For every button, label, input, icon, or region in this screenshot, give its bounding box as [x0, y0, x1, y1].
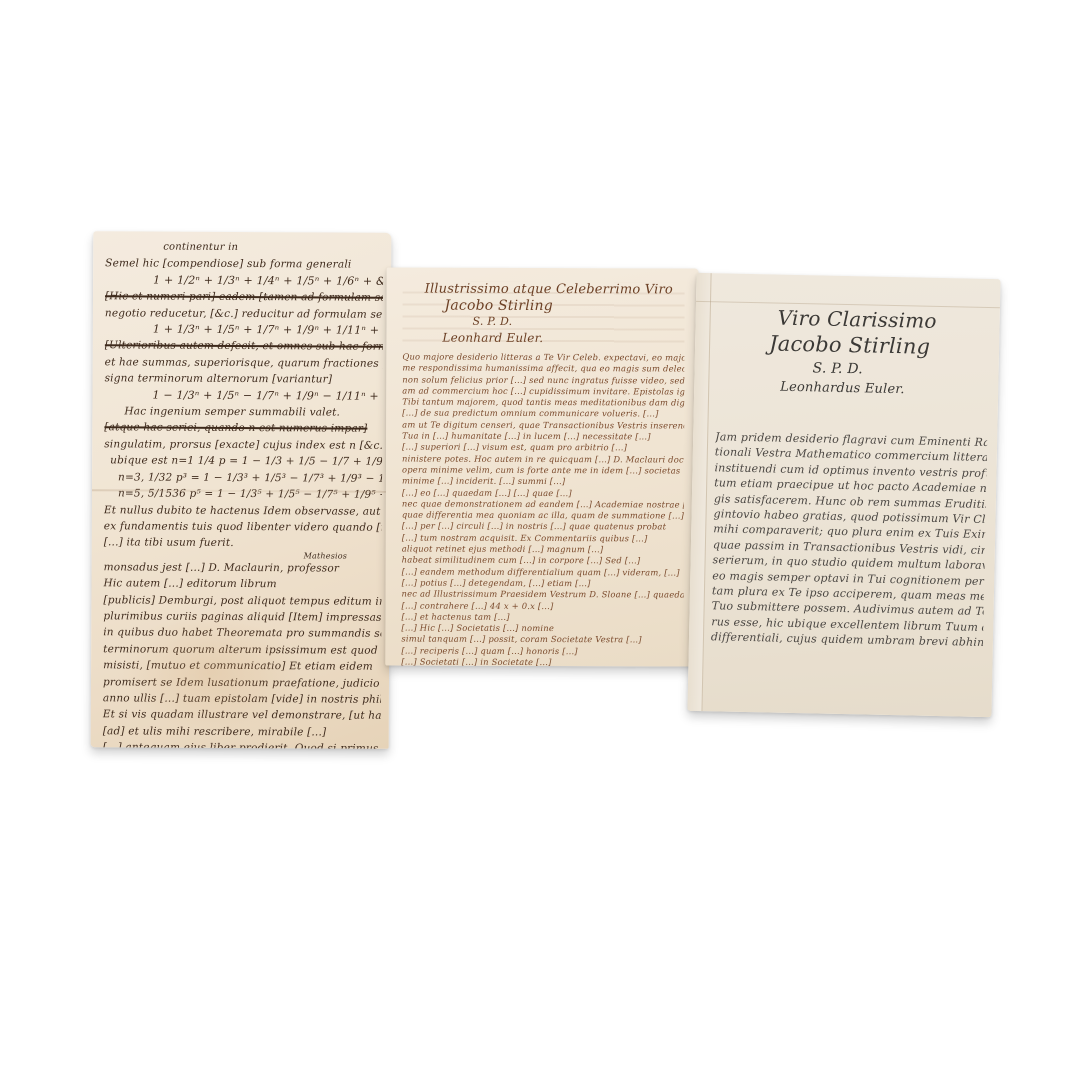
manuscript-line: [...] et hactenus tam [...] [401, 611, 683, 623]
manuscript-line: [atque hac seriei, quando n est numerus … [104, 420, 382, 438]
manuscript-line: quae differentia mea quoniam ac illa, qu… [402, 510, 684, 522]
manuscript-line: aliquot retinet ejus methodi [...] magnu… [402, 544, 684, 556]
manuscript-line: [Hic et numeri pari] eadem [tamen ad for… [105, 289, 383, 307]
manuscript-line: [...] antequam ejus liber prodierit. Quo… [103, 739, 381, 748]
manuscript-line: ninistere potes. Hoc autem in re quicqua… [402, 453, 684, 465]
manuscript-line: [...] potius [...] detegendam, [...] eti… [402, 577, 684, 589]
manuscript-line: habeat similitudinem cum [...] in corpor… [402, 555, 684, 567]
manuscript-line: [...] eo [...] quaedam [...] [...] quae … [402, 487, 684, 499]
manuscript-line: [...] Societati [...] in Societate [...] [401, 657, 683, 667]
manuscript-line: Et nullus dubito te hactenus Idem observ… [104, 502, 382, 520]
letter-fair-sheet: Viro Clarissimo Jacobo Stirling S. P. D.… [687, 273, 1000, 717]
manuscript-line: Hic autem [...] editorum librum [103, 575, 381, 593]
manuscript-line: [...] per [...] circuli [...] in nostris… [402, 521, 684, 533]
manuscript-line: minime [...] inciderit. [...] summi [...… [402, 476, 684, 488]
manuscript-line: [...] reciperis [...] quam [...] honoris… [401, 645, 683, 657]
formula-line: 1 + 1/2ⁿ + 1/3ⁿ + 1/4ⁿ + 1/5ⁿ + 1/6ⁿ + &… [105, 272, 383, 290]
formula-line: n=3, 1/32 p³ = 1 − 1/3³ + 1/5³ − 1/7³ + … [104, 469, 382, 487]
manuscript-line: negotio reducetur, [&c.] reducitur ad fo… [105, 305, 383, 323]
manuscript-line: Tibi tantum majorem, quod tantis meas me… [402, 397, 684, 409]
manuscript-line: am ad commercium hoc [...] cupidissimum … [402, 385, 684, 397]
letter-draft-sheet: continentur in Semel hic [compendiose] s… [91, 231, 392, 749]
formula-line: n=5, 5/1536 p⁵ = 1 − 1/3⁵ + 1/5⁵ − 1/7⁵ … [104, 485, 382, 503]
manuscript-line: ex fundamentis tuis quod libenter videro… [104, 518, 382, 536]
manuscript-line: [Ulterioribus autem defecit, et omnes su… [105, 338, 383, 356]
manuscript-line: nec ad Illustrissimum Praesidem Vestrum … [402, 589, 684, 601]
manuscript-line: [...] ita tibi usum fuerit. [104, 535, 382, 553]
manuscript-line: et hae summas, superiorisque, quarum fra… [105, 354, 383, 372]
manuscript-line: monsadus jest [...] D. Maclaurin, profes… [104, 559, 382, 577]
manuscript-line: Semel hic [compendiose] sub forma genera… [105, 256, 383, 274]
manuscript-line: signa terminorum alternorum [variantur] [105, 371, 383, 389]
manuscript-line: continentur in [105, 239, 383, 257]
manuscript-line: [publicis] Demburgi, post aliquot tempus… [103, 592, 381, 610]
manuscript-line: [...] contrahere [...] 44 x + 0.x [...] [401, 600, 683, 612]
formula-line: 1 − 1/3ⁿ + 1/5ⁿ − 1/7ⁿ + 1/9ⁿ − 1/11ⁿ + … [104, 387, 382, 405]
manuscript-line: non solum felicius prior [...] sed nunc … [402, 374, 684, 386]
letter-content: Viro Clarissimo Jacobo Stirling S. P. D.… [711, 303, 990, 650]
manuscript-line: [...] superiori [...] visum est, quam pr… [402, 442, 684, 454]
letter-copy-sheet: Illustrissimo atque Celeberrimo Viro Jac… [385, 267, 698, 666]
manuscript-line: am ut Te digitum censeri, quae Transacti… [402, 419, 684, 431]
manuscript-line: Quo majore desiderio litteras a Te Vir C… [402, 352, 684, 364]
manuscript-line: [...] eandem methodum differentialium qu… [402, 566, 684, 578]
manuscript-line: me respondissima humanissima affecit, qu… [402, 363, 684, 375]
manuscript-line: [...] Hic [...] Societatis [...] nomine [401, 623, 683, 635]
manuscript-line: nec quae demonstrationem ad eandem [...]… [402, 498, 684, 510]
formula-line: ubique est n=1 1/4 p = 1 − 1/3 + 1/5 − 1… [104, 453, 382, 471]
bleed-through-text [402, 282, 684, 345]
letter-body: Jam pridem desiderio flagravi cum Eminen… [711, 429, 987, 650]
manuscript-line: [...] tum nostram acquisit. Ex Commentar… [402, 532, 684, 544]
manuscript-line: opera minime velim, cum is forte ante me… [402, 464, 684, 476]
formula-line: 1 + 1/3ⁿ + 1/5ⁿ + 1/7ⁿ + 1/9ⁿ + 1/11ⁿ + … [105, 321, 383, 339]
paper-stain [121, 611, 302, 732]
manuscript-line: Tua in [...] humanitate [...] in lucem [… [402, 431, 684, 443]
manuscript-line: singulatim, prorsus [exacte] cujus index… [104, 436, 382, 454]
manuscript-line: Hac ingenium semper summabili valet. [104, 403, 382, 421]
manuscript-line: [...] de sua predictum omnium communicar… [402, 408, 684, 420]
manuscript-line: simul tanquam [...] possit, coram Societ… [401, 634, 683, 646]
